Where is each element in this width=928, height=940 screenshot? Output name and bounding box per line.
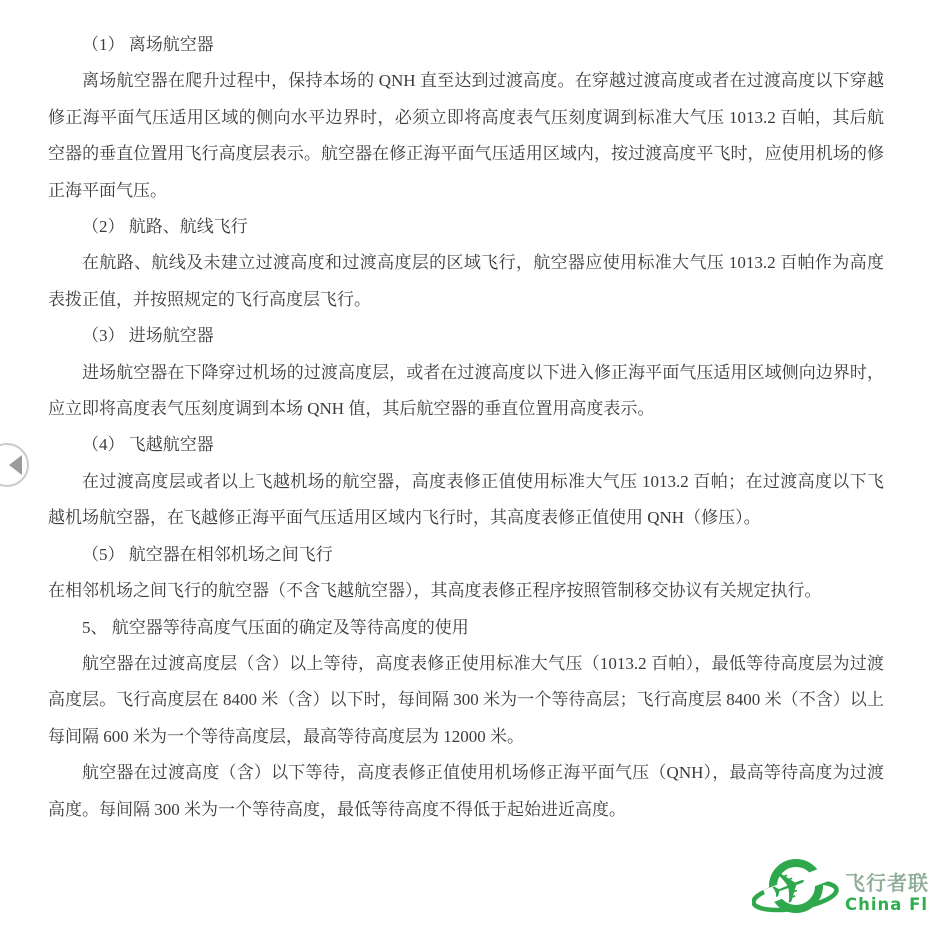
logo-en-text: China Flier bbox=[845, 895, 928, 914]
doc-heading: （1） 离场航空器 bbox=[48, 27, 884, 63]
doc-paragraph: 在过渡高度层或者以上飞越机场的航空器，高度表修正值使用标准大气压 1013.2 … bbox=[48, 464, 884, 537]
globe-airplane-icon: ✈ bbox=[752, 856, 840, 930]
china-flier-watermark: ✈ 飞行者联盟 China Flier bbox=[752, 856, 928, 930]
doc-heading: （3） 进场航空器 bbox=[48, 318, 884, 354]
doc-heading: 5、 航空器等待高度气压面的确定及等待高度的使用 bbox=[48, 610, 884, 646]
doc-paragraph: 离场航空器在爬升过程中，保持本场的 QNH 直至达到过渡高度。在穿越过渡高度或者… bbox=[48, 63, 884, 209]
carousel-prev-button[interactable] bbox=[0, 443, 29, 487]
doc-paragraph: 在相邻机场之间飞行的航空器（不含飞越航空器），其高度表修正程序按照管制移交协议有… bbox=[48, 573, 884, 609]
doc-heading: （5） 航空器在相邻机场之间飞行 bbox=[48, 537, 884, 573]
page: { "document": { "text_color": "#3a3a3a",… bbox=[0, 0, 928, 940]
doc-paragraph: 进场航空器在下降穿过机场的过渡高度层，或者在过渡高度以下进入修正海平面气压适用区… bbox=[48, 355, 884, 428]
doc-paragraph: 在航路、航线及未建立过渡高度和过渡高度层的区域飞行，航空器应使用标准大气压 10… bbox=[48, 245, 884, 318]
doc-heading: （4） 飞越航空器 bbox=[48, 427, 884, 463]
left-arrow-icon bbox=[9, 455, 22, 475]
doc-paragraph: 航空器在过渡高度层（含）以上等待，高度表修正使用标准大气压（1013.2 百帕）… bbox=[48, 646, 884, 755]
document-body: （1） 离场航空器离场航空器在爬升过程中，保持本场的 QNH 直至达到过渡高度。… bbox=[48, 27, 884, 828]
doc-heading: （2） 航路、航线飞行 bbox=[48, 209, 884, 245]
doc-paragraph: 航空器在过渡高度（含）以下等待，高度表修正值使用机场修正海平面气压（QNH），最… bbox=[48, 755, 884, 828]
logo-cn-text: 飞行者联盟 bbox=[845, 872, 928, 895]
